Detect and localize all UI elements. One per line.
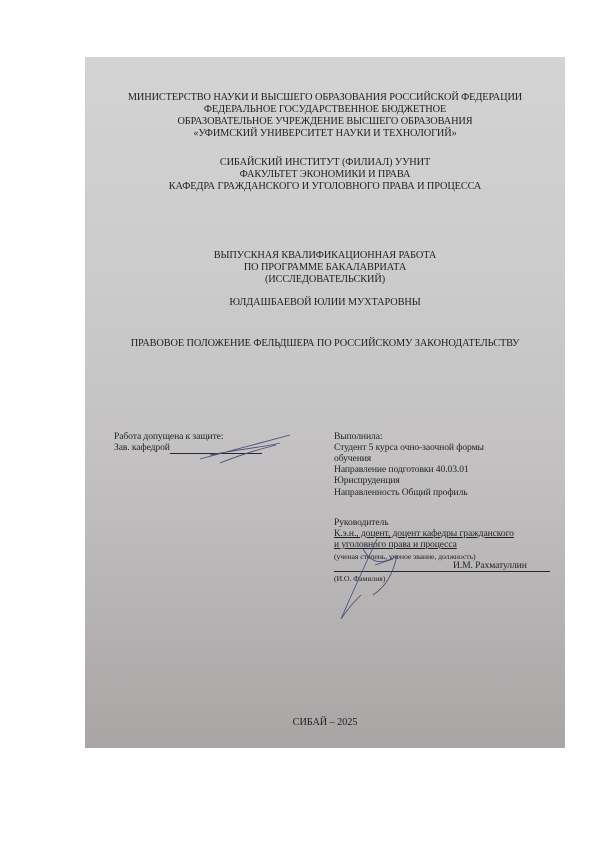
study-form: обучения bbox=[334, 453, 371, 464]
institution-type-line-1: ФЕДЕРАЛЬНОЕ ГОСУДАРСТВЕННОЕ БЮДЖЕТНОЕ bbox=[85, 104, 565, 116]
study-direction: Направление подготовки 40.03.01 bbox=[334, 464, 469, 475]
study-direction-name: Юриспруденция bbox=[334, 475, 400, 486]
department-head-signature bbox=[180, 429, 300, 469]
author-name: ЮЛДАШБАЕВОЙ ЮЛИИ МУХТАРОВНЫ bbox=[85, 297, 565, 309]
institute-name: СИБАЙСКИЙ ИНСТИТУТ (ФИЛИАЛ) УУНИТ bbox=[85, 157, 565, 169]
institution-type-line-2: ОБРАЗОВАТЕЛЬНОЕ УЧРЕЖДЕНИЕ ВЫСШЕГО ОБРАЗ… bbox=[85, 116, 565, 128]
study-profile: Направленность Общий профиль bbox=[334, 487, 468, 498]
supervisor-name: И.М. Рахматуллин bbox=[453, 560, 527, 571]
supervisor-signature bbox=[335, 535, 425, 625]
work-type-line-3: (ИССЛЕДОВАТЕЛЬСКИЙ) bbox=[85, 274, 565, 286]
student-course: Студент 5 курса очно-заочной формы bbox=[334, 442, 484, 453]
faculty-name: ФАКУЛЬТЕТ ЭКОНОМИКИ И ПРАВА bbox=[85, 169, 565, 181]
title-page-photo: МИНИСТЕРСТВО НАУКИ И ВЫСШЕГО ОБРАЗОВАНИЯ… bbox=[85, 57, 565, 748]
ministry-line: МИНИСТЕРСТВО НАУКИ И ВЫСШЕГО ОБРАЗОВАНИЯ… bbox=[85, 92, 565, 104]
university-name: «УФИМСКИЙ УНИВЕРСИТЕТ НАУКИ И ТЕХНОЛОГИЙ… bbox=[85, 128, 565, 140]
work-type-line-1: ВЫПУСКНАЯ КВАЛИФИКАЦИОННАЯ РАБОТА bbox=[85, 250, 565, 262]
department-name: КАФЕДРА ГРАЖДАНСКОГО И УГОЛОВНОГО ПРАВА … bbox=[85, 181, 565, 193]
thesis-title: ПРАВОВОЕ ПОЛОЖЕНИЕ ФЕЛЬДШЕРА ПО РОССИЙСК… bbox=[85, 338, 565, 350]
supervisor-label: Руководитель bbox=[334, 517, 389, 528]
performer-label: Выполнила: bbox=[334, 431, 382, 442]
work-type-line-2: ПО ПРОГРАММЕ БАКАЛАВРИАТА bbox=[85, 262, 565, 274]
department-head-label: Зав. кафедрой bbox=[114, 442, 170, 453]
city-year: СИБАЙ – 2025 bbox=[85, 717, 565, 729]
